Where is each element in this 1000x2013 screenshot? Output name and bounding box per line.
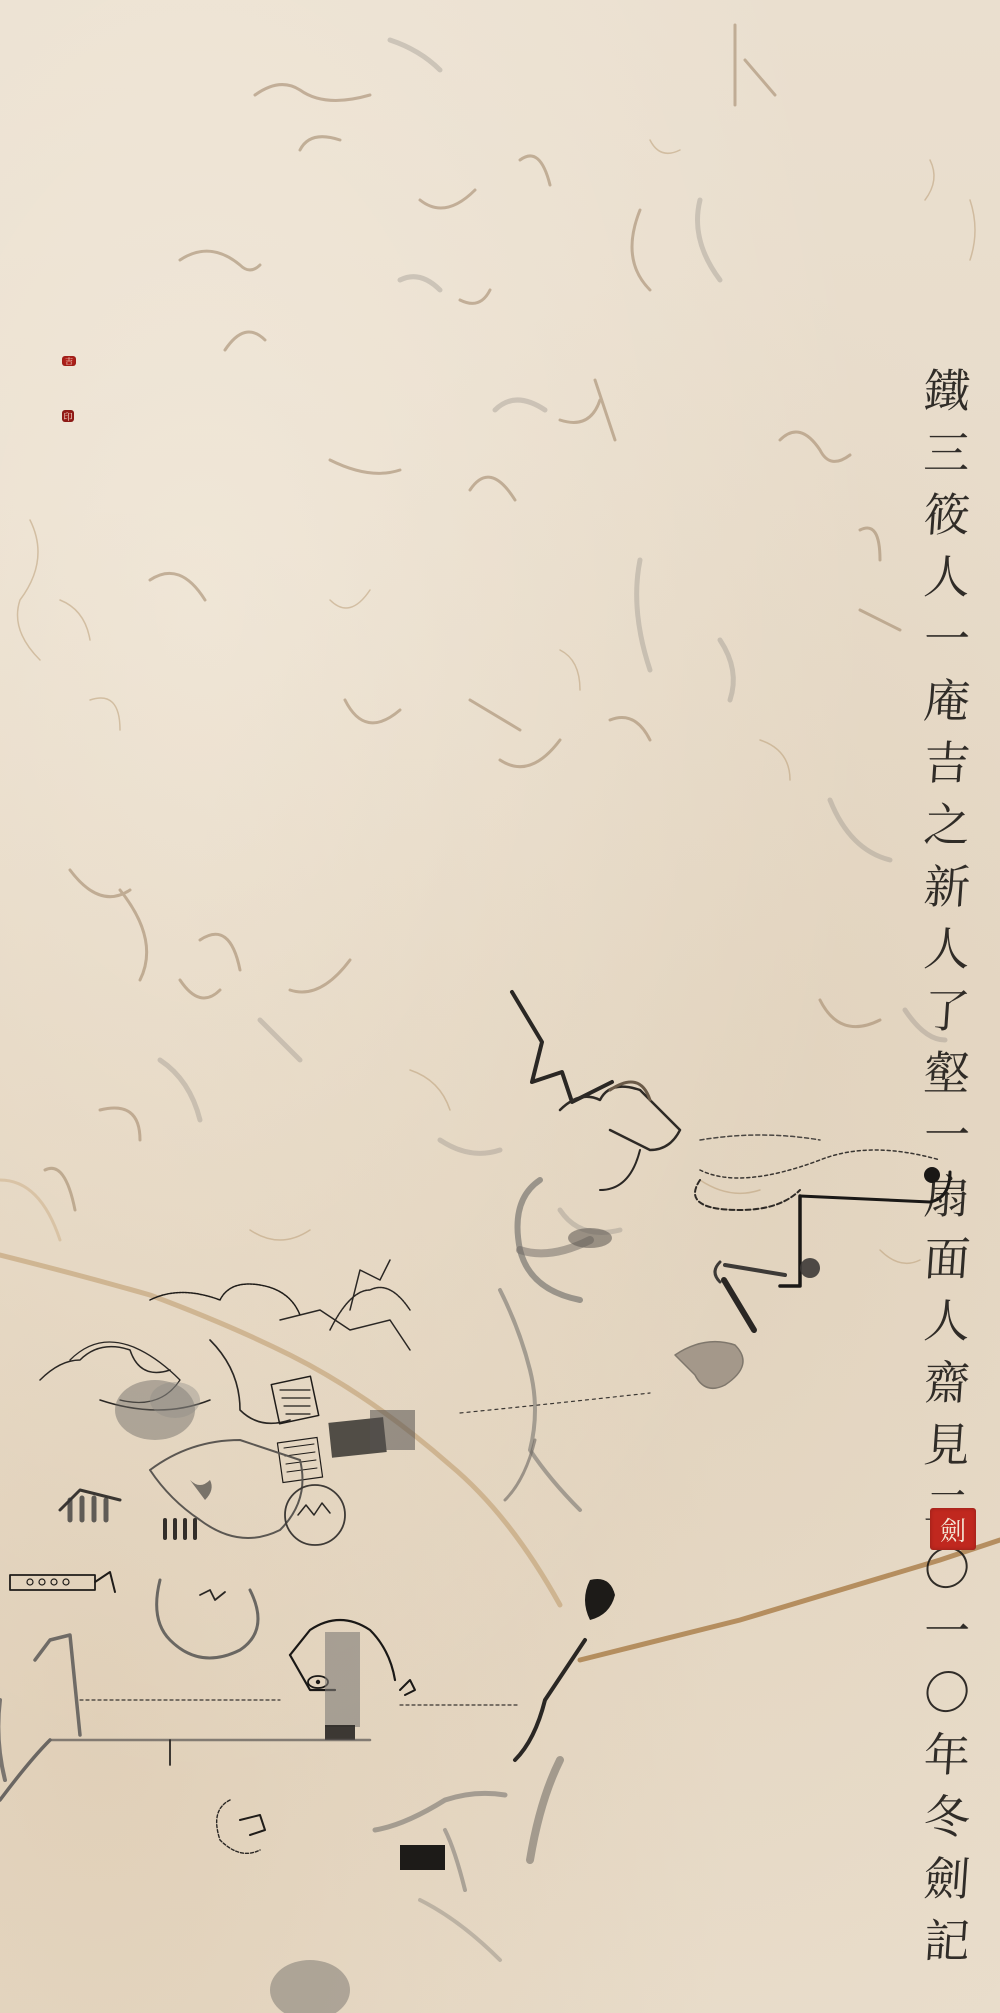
inscription-char: 面 (922, 1228, 972, 1290)
inscription-char: 齋 (922, 1352, 972, 1414)
seal-glyph: 吉 (65, 356, 73, 367)
inscription-char: 新 (922, 856, 972, 918)
inscription-char: 三 (922, 422, 972, 484)
leisure-seal-upper: 吉 (62, 356, 76, 366)
inscription-char: 一 (922, 1104, 972, 1166)
inscription-char: 人 (922, 918, 972, 980)
inscription-char: 庵 (922, 670, 972, 732)
seal-glyph: 劍 (940, 1511, 966, 1548)
inscription-char: 筱 (922, 484, 972, 546)
inscription-char: 〇 (922, 1662, 972, 1724)
inscription-char: 見 (922, 1414, 972, 1476)
artist-seal: 劍 (930, 1508, 976, 1550)
inscription-char: 吉 (922, 732, 972, 794)
inscription-char: 記 (922, 1910, 972, 1972)
painting-canvas: 鐵 三 筱 人 一 庵 吉 之 新 人 了 壑 一 扇 面 人 齋 見 二 〇 … (0, 0, 1000, 2013)
seal-glyph: 印 (63, 410, 72, 423)
inscription-char: 人 (922, 546, 972, 608)
ink-figures (0, 0, 1000, 2013)
inscription-char: 鐵 (922, 360, 972, 422)
inscription-char: 一 (922, 1600, 972, 1662)
inscription-char: 壑 (922, 1042, 972, 1104)
inscription-char: 了 (922, 980, 972, 1042)
inscription-char: 之 (922, 794, 972, 856)
inscription-char: 冬 (922, 1786, 972, 1848)
inscription-char: 劍 (922, 1848, 972, 1910)
inscription-char: 扇 (922, 1166, 972, 1228)
leisure-seal-lower: 印 (62, 410, 74, 422)
inscription-char: 年 (922, 1724, 972, 1786)
inscription-char: 一 (922, 608, 972, 670)
inscription-char: 人 (922, 1290, 972, 1352)
calligraphy-inscription: 鐵 三 筱 人 一 庵 吉 之 新 人 了 壑 一 扇 面 人 齋 見 二 〇 … (912, 360, 982, 1972)
